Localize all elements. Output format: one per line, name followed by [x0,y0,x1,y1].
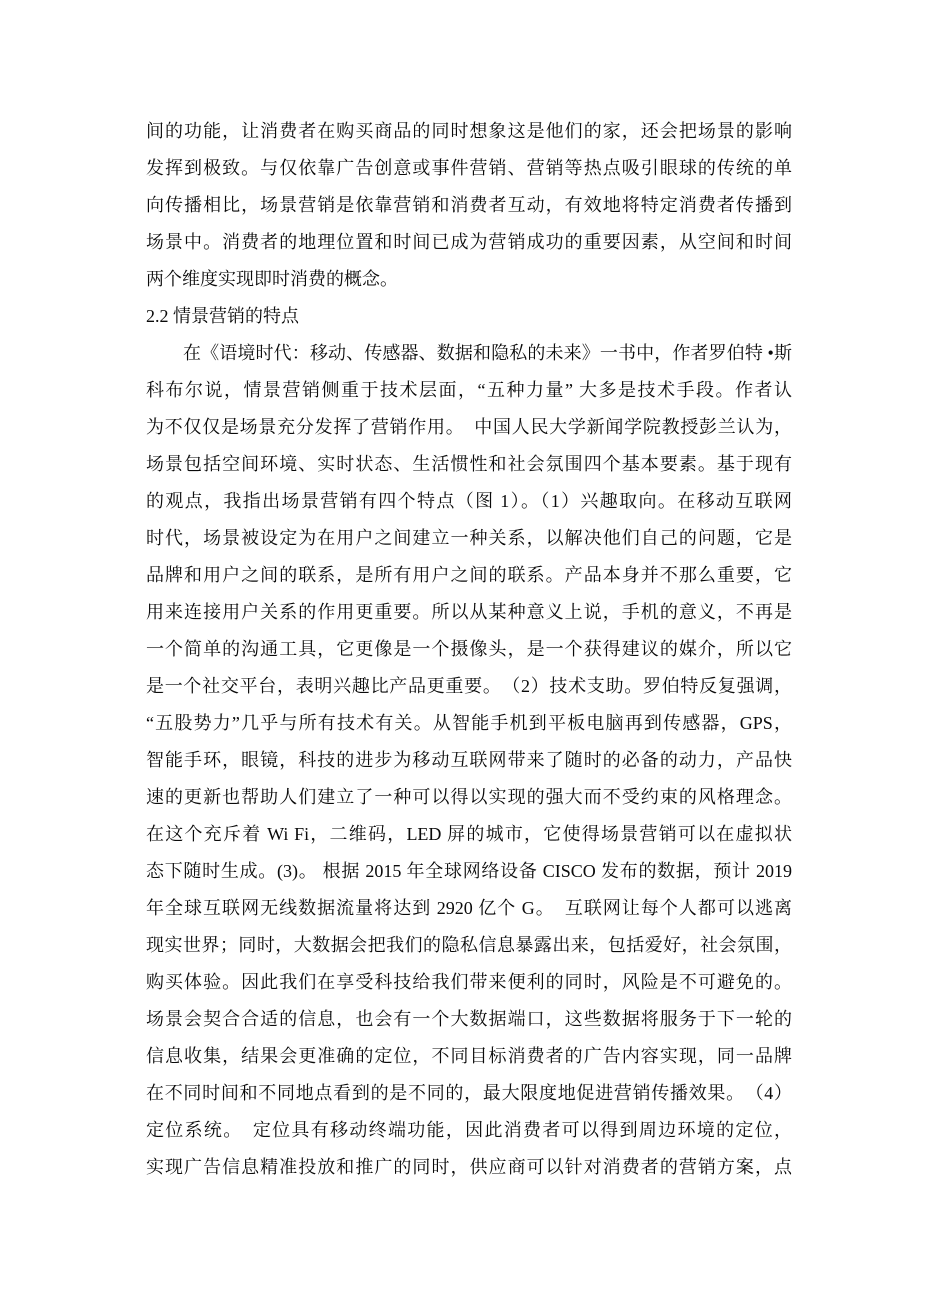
text-line: 信息收集，结果会更准确的定位，不同目标消费者的广告内容实现，同一品牌 [146,1038,792,1075]
text-line: 科布尔说，情景营销侧重于技术层面，“五种力量” 大多是技术手段。作者认 [146,372,792,409]
text-line: 是一个社交平台，表明兴趣比产品更重要。 （2）技术支助。罗伯特反复强调， [146,668,792,705]
text-line: 场景会契合合适的信息，也会有一个大数据端口，这些数据将服务于下一轮的 [146,1001,792,1038]
text-line: 在《语境时代：移动、传感器、数据和隐私的未来》一书中，作者罗伯特 •斯 [146,335,792,372]
text-line: 购买体验。因此我们在享受科技给我们带来便利的同时，风险是不可避免的。 [146,964,792,1001]
text-line: 发挥到极致。与仅依靠广告创意或事件营销、营销等热点吸引眼球的传统的单 [146,150,792,187]
text-line: 场景中。消费者的地理位置和时间已成为营销成功的重要因素，从空间和时间 [146,224,792,261]
text-line: 场景包括空间环境、实时状态、生活惯性和社会氛围四个基本要素。基于现有 [146,446,792,483]
text-line: 一个简单的沟通工具，它更像是一个摄像头，是一个获得建议的媒介，所以它 [146,631,792,668]
section-heading: 2.2 情景营销的特点 [146,298,792,335]
text-line: 间的功能，让消费者在购买商品的同时想象这是他们的家，还会把场景的影响 [146,113,792,150]
document-page: 间的功能，让消费者在购买商品的同时想象这是他们的家，还会把场景的影响发挥到极致。… [0,0,926,1309]
text-line: 向传播相比，场景营销是依靠营销和消费者互动，有效地将特定消费者传播到 [146,187,792,224]
text-line: 态下随时生成。(3)。 根据 2015 年全球网络设备 CISCO 发布的数据，… [146,853,792,890]
text-line: 时代，场景被设定为在用户之间建立一种关系，以解决他们自己的问题，它是 [146,520,792,557]
text-line: 品牌和用户之间的联系，是所有用户之间的联系。产品本身并不那么重要，它 [146,557,792,594]
text-line: 两个维度实现即时消费的概念。 [146,261,792,298]
text-line: 定位系统。 定位具有移动终端功能，因此消费者可以得到周边环境的定位， [146,1112,792,1149]
text-line: 为不仅仅是场景充分发挥了营销作用。 中国人民大学新闻学院教授彭兰认为， [146,409,792,446]
text-line: 在不同时间和不同地点看到的是不同的，最大限度地促进营销传播效果。 （4） [146,1075,792,1112]
text-line: 实现广告信息精准投放和推广的同时，供应商可以针对消费者的营销方案，点 [146,1149,792,1186]
text-line: 速的更新也帮助人们建立了一种可以得以实现的强大而不受约束的风格理念。 [146,779,792,816]
text-line: 用来连接用户关系的作用更重要。所以从某种意义上说，手机的意义，不再是 [146,594,792,631]
text-line: 现实世界；同时，大数据会把我们的隐私信息暴露出来，包括爱好，社会氛围， [146,927,792,964]
text-line: “五股势力”几乎与所有技术有关。从智能手机到平板电脑再到传感器，GPS， [146,705,792,742]
text-line: 的观点，我指出场景营销有四个特点（图 1）。（1）兴趣取向。在移动互联网 [146,483,792,520]
document-content: 间的功能，让消费者在购买商品的同时想象这是他们的家，还会把场景的影响发挥到极致。… [146,113,792,1186]
text-line: 智能手环，眼镜，科技的进步为移动互联网带来了随时的必备的动力，产品快 [146,742,792,779]
text-line: 年全球互联网无线数据流量将达到 2920 亿个 G。 互联网让每个人都可以逃离 [146,890,792,927]
text-line: 在这个充斥着 Wi Fi，二维码，LED 屏的城市，它使得场景营销可以在虚拟状 [146,816,792,853]
